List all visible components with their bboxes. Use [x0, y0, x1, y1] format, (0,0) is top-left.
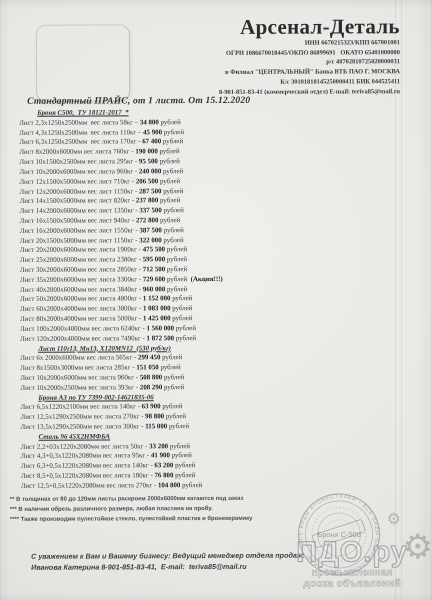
price-currency: рублей [165, 256, 187, 263]
price-currency: рублей [174, 335, 196, 342]
item-description: Лист 20х2000х6000мм вес листа 1900кг - [20, 247, 143, 255]
price-value: 206 500 [136, 178, 158, 185]
price-currency: рублей [165, 286, 187, 293]
item-description: Лист 10х1500х2500мм вес листа 295кг - [19, 158, 139, 166]
item-description: Лист 8,5+0,5х1220х2080мм вес листа 180кг… [21, 472, 155, 480]
price-currency: рублей [171, 315, 193, 322]
price-currency: рублей [158, 158, 180, 165]
item-description: Лист 60х2000х4000мм вес листа 3800кг - [20, 306, 143, 314]
price-currency: рублей [167, 423, 189, 430]
scanned-page: Арсенал-Деталь ИНН 6670215323/КПП 667001… [0, 0, 432, 600]
price-value: 960 000 [143, 286, 165, 293]
bank-name: в Филиал "ЦЕНТРАЛЬНЫЙ" Банка ВТБ ПАО Г. … [219, 67, 400, 77]
item-description: Лист 12х1500х5000мм вес лист 710кг - [19, 178, 135, 186]
price-value: 208 290 [140, 384, 162, 391]
price-value: 337 500 [139, 207, 161, 214]
footnote: ** В толщинах от 80 до 120мм листы раскр… [10, 494, 252, 505]
company-inn: ИНН 6670215323/КПП 667001001 [219, 38, 400, 48]
price-value: 95 500 [139, 158, 158, 165]
stamp-ring-text: ВСЕ ВИДЫ БРОНЕСТАЛЕЙ • ВСЕ ВИДЫ БРОНЕСТА… [298, 493, 380, 577]
price-currency: рублей [161, 139, 183, 146]
price-currency: рублей [165, 276, 187, 283]
price-value: 237 800 [136, 198, 158, 205]
item-description: Лист 6,5х1220х2100мм вес листа 140кг - [20, 404, 141, 412]
price-currency: рублей [159, 119, 181, 126]
price-currency: рублей [159, 364, 181, 371]
price-currency: рублей [162, 227, 184, 234]
price-value: 1 425 000 [143, 315, 171, 322]
price-currency: рублей [158, 217, 180, 224]
item-description: Лист 4,3х1250х2500мм вес листа 110кг – [19, 129, 143, 137]
gear-icon: ⚙ [403, 527, 432, 567]
price-value: 104 800 [158, 482, 180, 489]
item-description: Лист 12,5+0,5х1220х2080мм вес листа 270к… [21, 482, 158, 490]
price-value: 63 200 [154, 462, 173, 469]
item-description: Лист 14х2000х6000мм вес лист 1350кг - [20, 207, 140, 215]
item-description: Лист 13,5х1290х2500мм вес листа 300кг - [21, 423, 146, 431]
item-description: Лист 14х1500х5000мм вес лист 820кг - [20, 198, 136, 206]
stamp-center-label: Броня С-500 [317, 530, 360, 539]
price-value: 475 500 [143, 247, 165, 254]
footnote: **** Также производим пулестойкое стекло… [10, 514, 252, 525]
price-value: 41 900 [151, 453, 170, 460]
gear-icon-small: ⚙ [387, 509, 401, 528]
footer-signoff: С уважением к Вам и Вашему бизнесу: Веду… [31, 551, 305, 563]
item-description: Лист 2,2+03х1220х2080мм вес листа 50кг - [21, 443, 150, 451]
price-value: 190 000 [135, 149, 157, 156]
price-currency: рублей [161, 404, 183, 411]
price-currency: рублей [174, 325, 196, 332]
item-description: Лист 30х2000х6000мм вес листа 2850кг - [20, 266, 143, 274]
watermark-line2: доска объявлений [273, 579, 431, 590]
footer: С уважением к Вам и Вашему бизнесу: Веду… [31, 551, 305, 573]
item-description: Лист 40х2000х6000мм вес листа 3840кг - [20, 286, 143, 294]
item-description: Лист 10х2000х6000мм вес листа 960кг - [20, 374, 140, 382]
price-row: Лист 12,5+0,5х1220х2080мм вес листа 270к… [21, 480, 411, 492]
item-description: Лист 10х2000х2500мм вес листа 393кг - [20, 384, 140, 392]
price-currency: рублей [162, 237, 184, 244]
item-description: Лист 8х2000х6000мм вес листа 760кг - [19, 149, 135, 157]
price-currency: рублей [158, 148, 180, 155]
company-name: Арсенал-Деталь [219, 15, 400, 39]
price-currency: рублей [164, 413, 186, 420]
item-description: Лист 4,3+0,3х1220х2080мм вес листа 95кг … [21, 453, 151, 461]
price-value: 1 872 500 [147, 335, 175, 342]
price-value: 98 800 [145, 413, 164, 420]
price-sections: Броня С500, ТУ 18121-2017 *Лист 2,3х1250… [19, 107, 411, 491]
item-description: Лист 35х2000х6000мм вес листа 3300кг - [20, 276, 143, 284]
armor-sheets-photo [37, 25, 129, 100]
price-currency: рублей [158, 197, 180, 204]
price-currency: рублей [173, 472, 195, 479]
price-value: 508 800 [140, 374, 162, 381]
price-currency: рублей [170, 296, 192, 303]
item-description: Лист 12х2000х6000мм вес лист 1150кг - [20, 188, 140, 196]
item-description: Лист 6,3х1250х2500мм вес листа 170кг - [19, 139, 142, 147]
price-value: 1 152 000 [143, 296, 171, 303]
company-stamp: ВСЕ ВИДЫ БРОНЕСТАЛЕЙ • ВСЕ ВИДЫ БРОНЕСТА… [295, 490, 383, 578]
item-description: Лист 12,5х1290х2500мм вес листа 270кг - [20, 413, 145, 421]
price-currency: рублей [180, 482, 202, 489]
price-currency: рублей [158, 178, 180, 185]
price-currency: рублей [160, 354, 182, 361]
price-value: 729 600 [143, 276, 165, 283]
price-currency: рублей [165, 247, 187, 254]
price-value: 272 800 [136, 217, 158, 224]
svg-text:ВСЕ ВИДЫ БРОНЕСТАЛЕЙ • ВСЕ В: ВСЕ ВИДЫ БРОНЕСТАЛЕЙ • ВСЕ ВИДЫ БРОНЕСТА… [298, 493, 380, 577]
price-currency: рублей [170, 453, 192, 460]
item-description: Лист 16х1500х5000мм вес лист 940кг - [20, 217, 136, 225]
price-currency: рублей [165, 266, 187, 273]
price-value: 712 500 [143, 266, 165, 273]
item-description: Лист 50х2000х6000мм вес листа 4800кг - [20, 296, 143, 304]
price-currency: рублей [168, 443, 190, 450]
price-currency: рублей [161, 188, 183, 195]
price-currency: рублей [162, 374, 184, 381]
price-value: 322 000 [139, 237, 161, 244]
price-value: 1 083 000 [143, 305, 171, 312]
price-value: 151 050 [136, 364, 158, 371]
price-currency: рублей [162, 207, 184, 214]
manager-contact: Иванова Катерина 8-901-851-83-41, E-mail… [31, 561, 305, 573]
item-description: Лист 25х2000х6000мм вес листа 2380кг - [20, 257, 143, 265]
item-description: Лист 6х 2000х6000мм вес листа 565кг - [20, 355, 138, 363]
price-currency: рублей [173, 462, 195, 469]
item-description: Лист 8х1500х3000мм вес листа 285кг - [20, 364, 136, 372]
price-currency: рублей [162, 129, 184, 136]
price-value: 33 200 [149, 443, 168, 450]
item-description: Лист 10х2000х6000мм вес листа 960кг - [19, 168, 139, 176]
price-value: 115 000 [145, 423, 167, 430]
price-list-title: Стандартный ПРАЙС, от 1 листа. От 15.12.… [27, 96, 250, 107]
price-currency: рублей [171, 305, 193, 312]
company-header: Арсенал-Деталь ИНН 6670215323/КПП 667001… [219, 15, 400, 97]
item-description: Лист 6,3+0,5х1220х2080мм вес листа 140кг… [21, 463, 155, 471]
item-description: Лист 120х2000х4000мм вес листа 7490кг - [20, 335, 146, 343]
item-description: Лист 80х2000х4000мм вес листа 5000кг - [20, 315, 143, 323]
price-value: 240 000 [139, 168, 161, 175]
price-value: 45 900 [143, 129, 162, 136]
price-value: 34 800 [140, 119, 159, 126]
price-value: 67 400 [142, 139, 161, 146]
item-description: Лист 100х2000х4000мм вес листа 6240кг - [20, 325, 146, 333]
promo-note: (Акция!!!) [187, 276, 223, 283]
price-value: 1 560 000 [146, 325, 174, 332]
price-value: 287 500 [139, 188, 161, 195]
item-description: Лист 16х2000х6000мм вес лист 1550кг - [20, 227, 140, 235]
price-value: 387 500 [139, 227, 161, 234]
bank-ks-bik: К/с 30101810145250000411 БИК 044525411 [219, 77, 400, 87]
footnotes: ** В толщинах от 80 до 120мм листы раскр… [10, 494, 253, 525]
price-value: 595 000 [143, 256, 165, 263]
price-value: 63 900 [142, 404, 161, 411]
price-value: 76 800 [154, 472, 173, 479]
price-currency: рублей [161, 168, 183, 175]
item-description: Лист 20х1500х5000мм вес лист 1150кг - [20, 237, 140, 245]
item-description: Лист 2,3х1250х2500мм вес листа 58кг – [19, 119, 140, 127]
price-value: 299 450 [138, 355, 160, 362]
price-currency: рублей [162, 384, 184, 391]
